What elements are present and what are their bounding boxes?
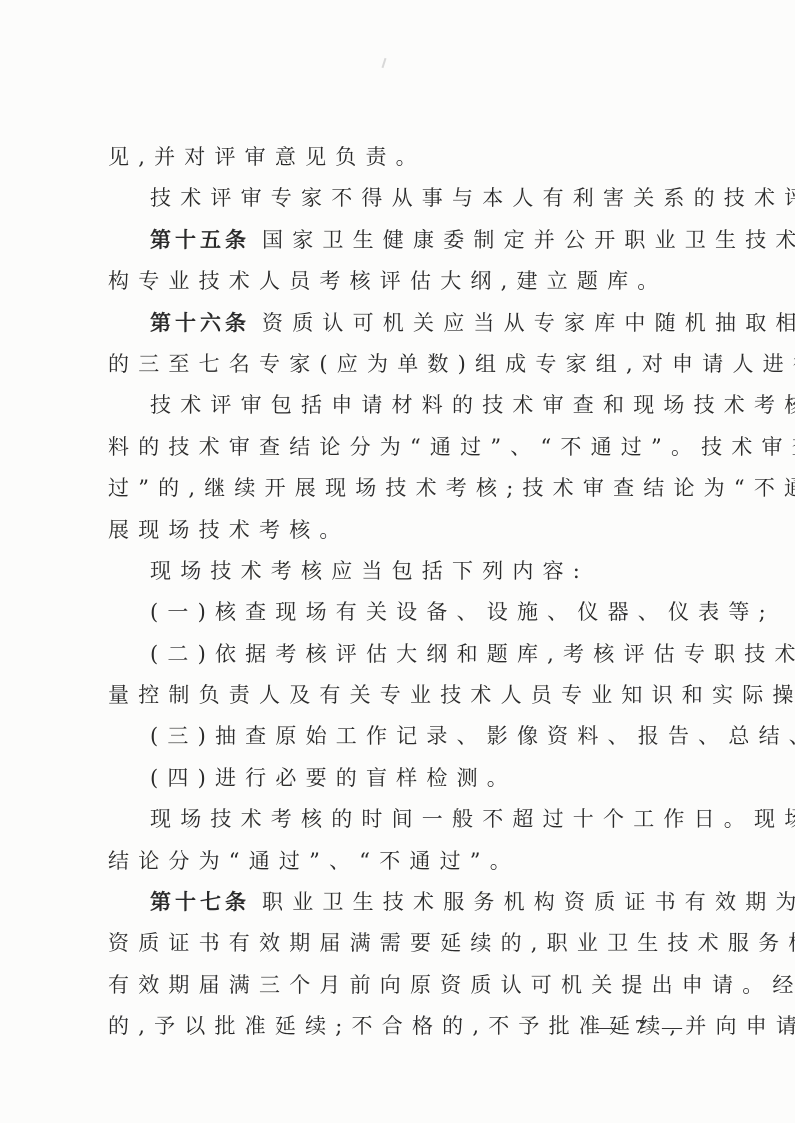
paragraph-line: 有效期届满三个月前向原资质认可机关提出申请。经审核合格 xyxy=(108,970,708,1011)
paragraph-line: 技术评审包括申请材料的技术审查和现场技术考核。申请材 xyxy=(108,390,708,431)
line-text: 技术评审专家不得从事与本人有利害关系的技术评审活动。 xyxy=(150,186,795,210)
page-number: — 7 — xyxy=(598,1016,688,1039)
line-text: 料的技术审查结论分为“通过”、“不通过”。技术审查结论为“通 xyxy=(108,435,795,459)
article-16-heading: 第十六条资质认可机关应当从专家库中随机抽取相关专业 xyxy=(108,308,708,349)
list-item-3: (三)抽查原始工作记录、影像资料、报告、总结、档案等资料; xyxy=(108,721,708,762)
line-text: 构专业技术人员考核评估大纲,建立题库。 xyxy=(108,269,667,293)
article-label: 第十五条 xyxy=(150,227,250,252)
line-text: 职业卫生技术服务机构资质证书有效期为五年。 xyxy=(262,890,795,914)
line-text: 有效期届满三个月前向原资质认可机关提出申请。经审核合格 xyxy=(108,973,795,997)
paragraph-line: 量控制负责人及有关专业技术人员专业知识和实际操作能力; xyxy=(108,680,708,721)
paragraph-line: 现场技术考核应当包括下列内容: xyxy=(108,556,708,597)
scan-mark xyxy=(382,58,387,68)
paragraph-line: 的三至七名专家(应为单数)组成专家组,对申请人进行技术评审。 xyxy=(108,349,708,390)
paragraph-line: 现场技术考核的时间一般不超过十个工作日。现场技术考核 xyxy=(108,804,708,845)
line-text: (一)核查现场有关设备、设施、仪器、仪表等; xyxy=(150,600,775,624)
line-text: 量控制负责人及有关专业技术人员专业知识和实际操作能力; xyxy=(108,683,795,707)
paragraph-line: 构专业技术人员考核评估大纲,建立题库。 xyxy=(108,266,708,307)
paragraph-line: 技术评审专家不得从事与本人有利害关系的技术评审活动。 xyxy=(108,183,708,224)
line-text: 现场技术考核应当包括下列内容: xyxy=(150,559,589,583)
line-text: 的,予以批准延续;不合格的,不予批准延续,并向申请人书面说明 xyxy=(108,1014,795,1038)
article-label: 第十六条 xyxy=(150,310,250,335)
list-item-1: (一)核查现场有关设备、设施、仪器、仪表等; xyxy=(108,597,708,638)
article-15-heading: 第十五条国家卫生健康委制定并公开职业卫生技术服务机 xyxy=(108,225,708,266)
line-text: (二)依据考核评估大纲和题库,考核评估专职技术负责人、质 xyxy=(150,642,795,666)
article-17-heading: 第十七条职业卫生技术服务机构资质证书有效期为五年。 xyxy=(108,887,708,928)
line-text: 技术评审包括申请材料的技术审查和现场技术考核。申请材 xyxy=(150,393,795,417)
line-text: 见,并对评审意见负责。 xyxy=(108,145,426,169)
paragraph-line: 展现场技术考核。 xyxy=(108,515,708,556)
line-text: 国家卫生健康委制定并公开职业卫生技术服务机 xyxy=(262,228,795,252)
list-item-2: (二)依据考核评估大纲和题库,考核评估专职技术负责人、质 xyxy=(108,639,708,680)
paragraph-line: 料的技术审查结论分为“通过”、“不通过”。技术审查结论为“通 xyxy=(108,432,708,473)
paragraph-line: 结论分为“通过”、“不通过”。 xyxy=(108,846,708,887)
document-body: 见,并对评审意见负责。 技术评审专家不得从事与本人有利害关系的技术评审活动。 第… xyxy=(108,142,708,1053)
paragraph-line: 见,并对评审意见负责。 xyxy=(108,142,708,183)
paragraph-line: 资质证书有效期届满需要延续的,职业卫生技术服务机构应当在 xyxy=(108,928,708,969)
line-text: 过”的,继续开展现场技术考核;技术审查结论为“不通过”的,不开 xyxy=(108,476,795,500)
line-text: 现场技术考核的时间一般不超过十个工作日。现场技术考核 xyxy=(150,807,795,831)
paragraph-line: 过”的,继续开展现场技术考核;技术审查结论为“不通过”的,不开 xyxy=(108,473,708,514)
line-text: 资质证书有效期届满需要延续的,职业卫生技术服务机构应当在 xyxy=(108,931,795,955)
line-text: (三)抽查原始工作记录、影像资料、报告、总结、档案等资料; xyxy=(150,724,795,748)
line-text: 展现场技术考核。 xyxy=(108,518,350,542)
line-text: 结论分为“通过”、“不通过”。 xyxy=(108,849,520,873)
line-text: (四)进行必要的盲样检测。 xyxy=(150,766,517,790)
line-text: 的三至七名专家(应为单数)组成专家组,对申请人进行技术评审。 xyxy=(108,352,795,376)
list-item-4: (四)进行必要的盲样检测。 xyxy=(108,763,708,804)
article-label: 第十七条 xyxy=(150,889,250,914)
line-text: 资质认可机关应当从专家库中随机抽取相关专业 xyxy=(262,311,795,335)
